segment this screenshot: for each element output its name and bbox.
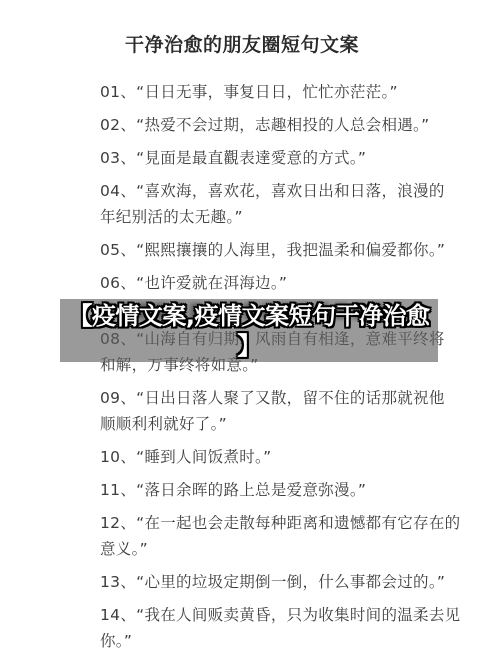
- list-item: 06、“也许爱就在洱海边。”: [100, 270, 440, 296]
- item-lines: 14、“我在人间贩卖黄昏，只为收集时间的温柔去见你。”: [100, 602, 440, 654]
- quote-line: 02、“热爱不会过期，志趣相投的人总会相遇。”: [100, 112, 440, 138]
- quote-line: 06、“也许爱就在洱海边。”: [100, 270, 440, 296]
- list-item: 02、“热爱不会过期，志趣相投的人总会相遇。”: [100, 112, 440, 138]
- quote-line: 14、“我在人间贩卖黄昏，只为收集时间的温柔去见: [100, 602, 440, 628]
- list-item: 04、“喜欢海，喜欢花，喜欢日出和日落，浪漫的年纪别活的太无趣。”: [100, 178, 440, 230]
- list-item: 03、“見面是最直觀表達愛意的方式。”: [100, 145, 440, 171]
- item-lines: 13、“心里的垃圾定期倒一倒，什么事都会过的。”: [100, 569, 440, 595]
- list-item: 13、“心里的垃圾定期倒一倒，什么事都会过的。”: [100, 569, 440, 595]
- list-item: 14、“我在人间贩卖黄昏，只为收集时间的温柔去见你。”: [100, 602, 440, 654]
- page-title: 干净治愈的朋友圈短句文案: [100, 30, 384, 57]
- list-item: 01、“日日无事，事复日日，忙忙亦茫茫。”: [100, 79, 440, 105]
- quote-line: 12、“在一起也会走散每种距离和遗憾都有它存在的: [100, 510, 440, 536]
- list-item: 12、“在一起也会走散每种距离和遗憾都有它存在的意义。”: [100, 510, 440, 562]
- quote-line: 05、“熙熙攘攘的人海里，我把温柔和偏爱都你。”: [100, 237, 440, 263]
- item-lines: 01、“日日无事，事复日日，忙忙亦茫茫。”: [100, 79, 440, 105]
- quote-line: 13、“心里的垃圾定期倒一倒，什么事都会过的。”: [100, 569, 440, 595]
- item-lines: 06、“也许爱就在洱海边。”: [100, 270, 440, 296]
- quote-list: 01、“日日无事，事复日日，忙忙亦茫茫。” 02、“热爱不会过期，志趣相投的人总…: [100, 79, 440, 654]
- item-lines: 09、“日出日落人聚了又散，留不住的话那就祝他顺顺利利就好了。”: [100, 385, 440, 437]
- list-item: 11、“落日余晖的路上总是爱意弥漫。”: [100, 477, 440, 503]
- quote-line: 顺顺利利就好了。”: [100, 411, 440, 437]
- item-lines: 10、“睡到人间饭煮时。”: [100, 444, 440, 470]
- item-lines: 03、“見面是最直觀表達愛意的方式。”: [100, 145, 440, 171]
- quote-line: 年纪别活的太无趣。”: [100, 204, 440, 230]
- list-item: 10、“睡到人间饭煮时。”: [100, 444, 440, 470]
- item-lines: 04、“喜欢海，喜欢花，喜欢日出和日落，浪漫的年纪别活的太无趣。”: [100, 178, 440, 230]
- item-lines: 11、“落日余晖的路上总是爱意弥漫。”: [100, 477, 440, 503]
- item-lines: 12、“在一起也会走散每种距离和遗憾都有它存在的意义。”: [100, 510, 440, 562]
- quote-line: 你。”: [100, 628, 440, 654]
- quote-line: 意义。”: [100, 536, 440, 562]
- quote-line: 11、“落日余晖的路上总是爱意弥漫。”: [100, 477, 440, 503]
- item-lines: 02、“热爱不会过期，志趣相投的人总会相遇。”: [100, 112, 440, 138]
- quote-line: 03、“見面是最直觀表達愛意的方式。”: [100, 145, 440, 171]
- overlay-caption-line1: 【疫情文案,疫情文案短句干净治愈: [68, 301, 429, 331]
- quote-line: 01、“日日无事，事复日日，忙忙亦茫茫。”: [100, 79, 440, 105]
- overlay-caption-band: 【疫情文案,疫情文案短句干净治愈 】: [60, 299, 438, 362]
- overlay-caption-line2: 】: [237, 331, 261, 361]
- quote-line: 09、“日出日落人聚了又散，留不住的话那就祝他: [100, 385, 440, 411]
- quote-line: 04、“喜欢海，喜欢花，喜欢日出和日落，浪漫的: [100, 178, 440, 204]
- list-item: 05、“熙熙攘攘的人海里，我把温柔和偏爱都你。”: [100, 237, 440, 263]
- article-image: 干净治愈的朋友圈短句文案 01、“日日无事，事复日日，忙忙亦茫茫。” 02、“热…: [0, 0, 500, 661]
- quote-line: 10、“睡到人间饭煮时。”: [100, 444, 440, 470]
- list-item: 09、“日出日落人聚了又散，留不住的话那就祝他顺顺利利就好了。”: [100, 385, 440, 437]
- item-lines: 05、“熙熙攘攘的人海里，我把温柔和偏爱都你。”: [100, 237, 440, 263]
